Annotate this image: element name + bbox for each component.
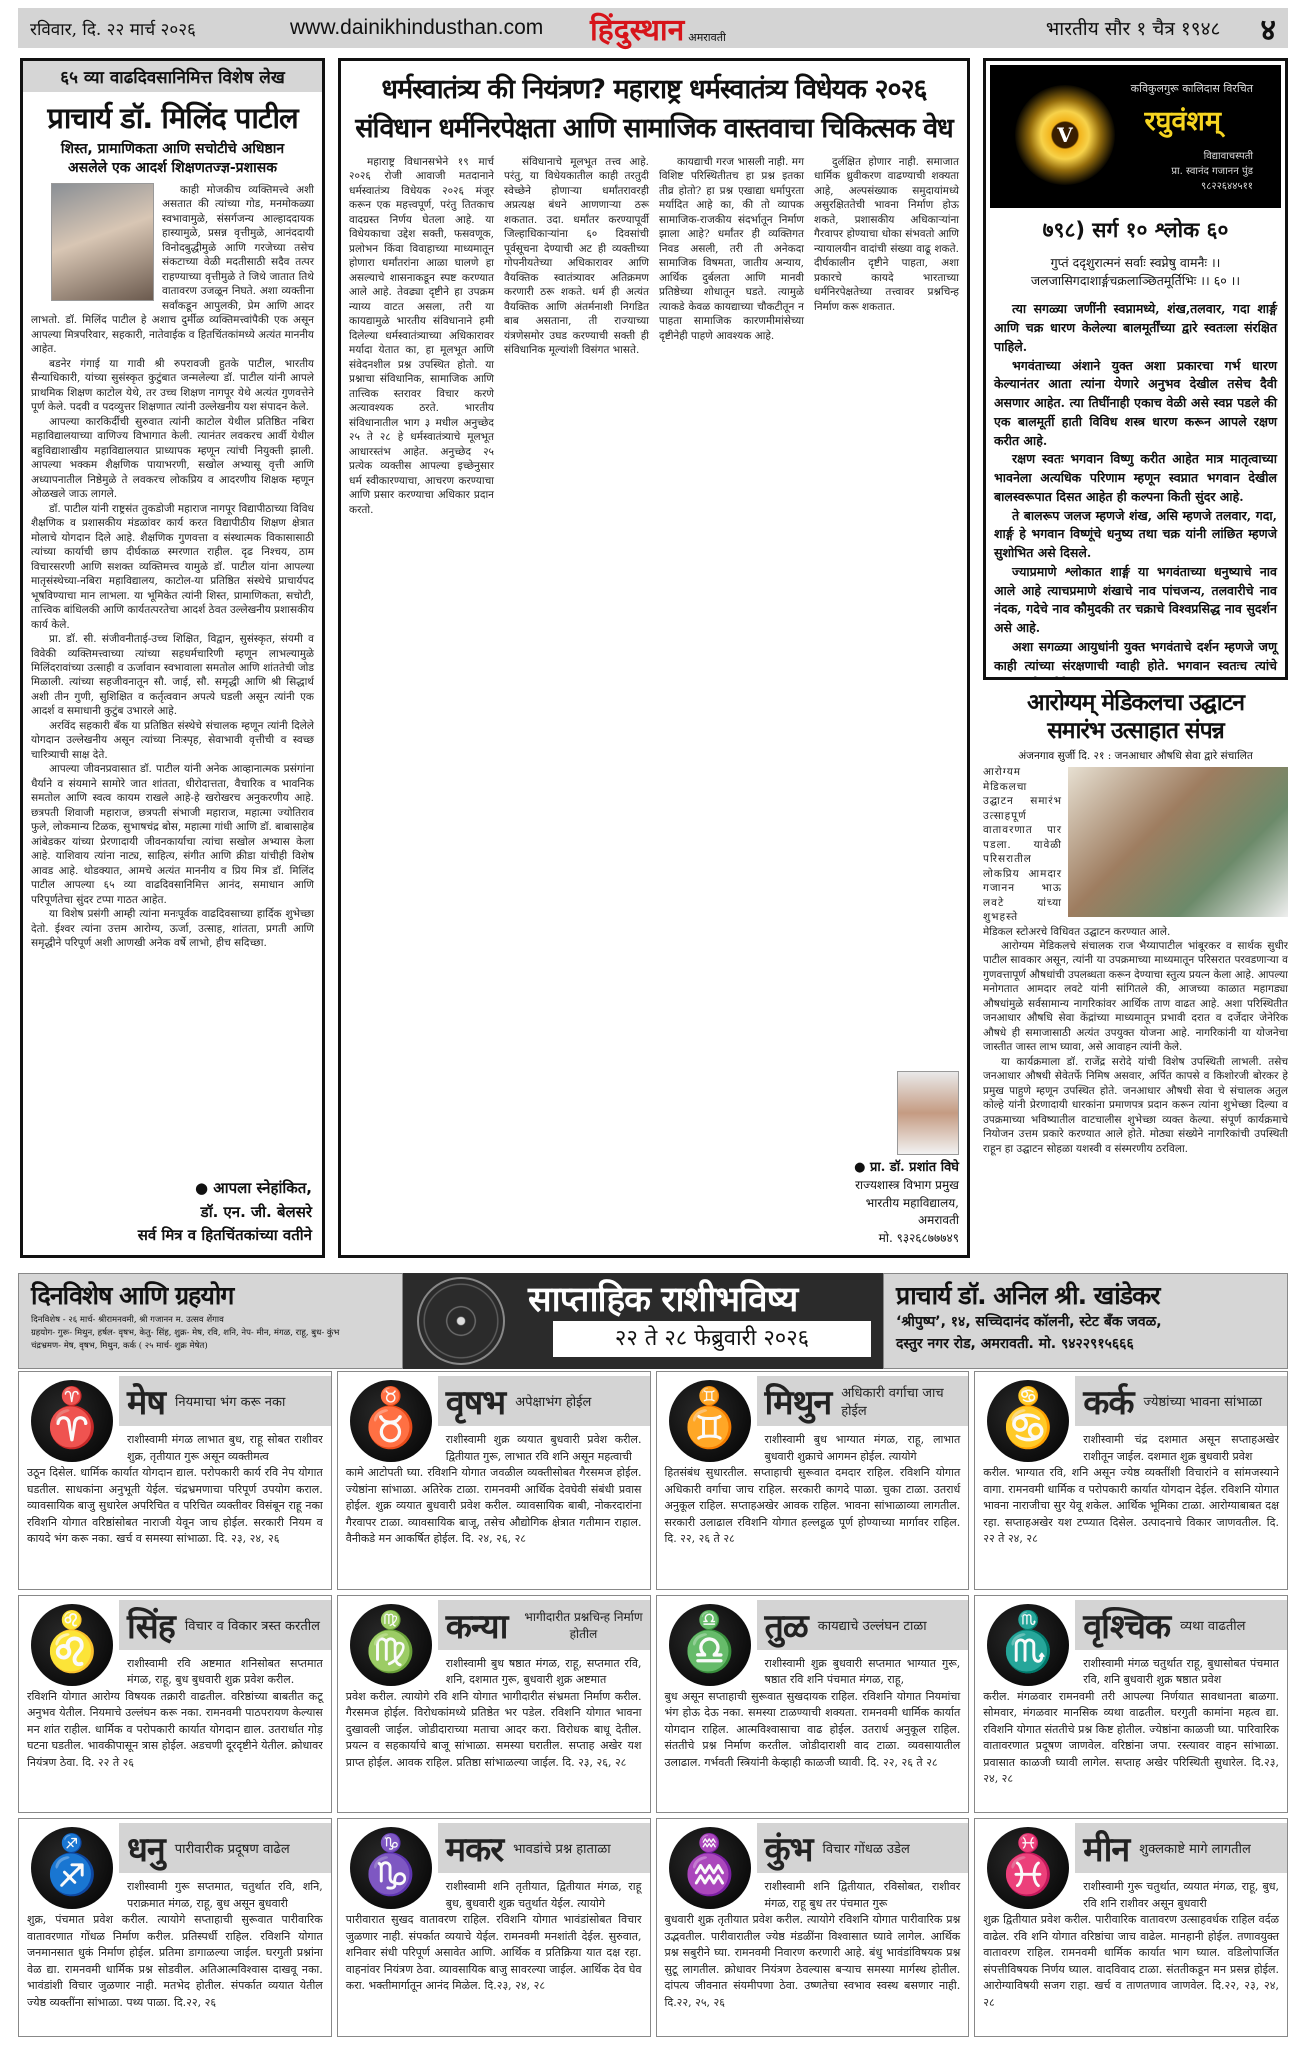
rashi-text-intro: राशीस्वामी शुक्र बुधवारी सप्तमात भाग्यात… [665, 1656, 961, 1689]
rashi-text: शुक्र, पंचमात प्रवेश करील. त्यायोगे सप्त… [27, 1913, 323, 2009]
dinvishesh-title: दिनविशेष आणि ग्रहयोग [31, 1278, 390, 1312]
rashi-text: शुक्र द्वितीयात प्रवेश करील. पारीवारिक व… [983, 1913, 1279, 2009]
rashi-text-intro: राशीस्वामी मंगळ लाभात बुध, राहू सोबत राश… [27, 1432, 323, 1465]
banner-author: प्रा. स्वानंद गजानन पुंड [1171, 164, 1253, 179]
article-paragraph: डॉ. पाटील यांनी राष्ट्रसंत तुकडोजी महारा… [31, 502, 314, 632]
news-title-2: समारंभ उत्साहात संपन्न [983, 718, 1288, 746]
author-role: राज्यशास्त्र विभाग प्रमुख [794, 1177, 959, 1194]
rashi-text-intro: राशीस्वामी रवि अष्टमात शनिसोबत सप्तमात म… [27, 1656, 323, 1689]
article-paragraph: या विशेष प्रसंगी आम्ही त्यांना मनःपूर्वक… [31, 907, 314, 950]
author-org: भारतीय महाविद्यालय, [794, 1195, 959, 1212]
article-title-line-2: संविधान धर्मनिरपेक्षता आणि सामाजिक वास्त… [341, 106, 967, 155]
rashi-text-intro: राशीस्वामी शनि द्वितीयात, रविसोबत, राशीव… [665, 1879, 961, 1912]
rashi-name: तुळ [765, 1602, 808, 1648]
article-title-line-1: धर्मस्वातंत्र्य की नियंत्रण? महाराष्ट्र … [341, 61, 967, 106]
chandra-line: चंद्रभ्रमण- मेष, वृषभ, मिथुन, कर्क ( २५ … [31, 1340, 390, 1353]
astrologer-address-1: ‘श्रीपुष्प’, १४, सच्चिदानंद कॉलनी, स्टेट… [896, 1312, 1275, 1334]
grahayog-line: ग्रहयोग- गुरू- मिथुन, हर्षल- वृषभ, केतु-… [31, 1327, 390, 1340]
rashibhavishya-dates: २२ ते २८ फेब्रुवारी २०२६ [553, 1321, 871, 1357]
article-column-3: कायद्याची गरज भासली नाही. मग विशिष्ट परि… [659, 155, 804, 517]
rashi-headline: अधिकारी वर्गाचा जाच होईल [841, 1383, 968, 1419]
rashi-card-meen: ♓♓मीनशुक्लकाष्टे मागे लागतीलराशीस्वामी ग… [974, 1818, 1288, 2037]
astrologer-address-2: दस्तुर नगर रोड, अमरावती. मो. ९४२२९१५६६६ [896, 1334, 1275, 1356]
article-kicker: ६५ व्या वाढदिवसानिमित्त विशेष लेख [23, 61, 322, 92]
rashi-headline: पारीवारीक प्रदूषण वाढेल [175, 1839, 290, 1857]
news-paragraph: या कार्यक्रमाला डॉ. राजेंद्र सरोदे यांची… [983, 1055, 1288, 1156]
rashi-text-intro: राशीस्वामी मंगळ चतुर्थात राहू, बुधासोबत … [983, 1656, 1279, 1689]
rashi-headline: विचार गोंधळ उडेल [823, 1839, 910, 1857]
article-paragraph: आपल्या कारकिर्दीची सुरुवात त्यांनी काटोल… [31, 415, 314, 502]
author-name: ● प्रा. डॉ. प्रशांत विघे [794, 1159, 959, 1178]
brand-name: हिंदुस्थान [590, 8, 684, 49]
rashi-card-kark: ♋♋कर्कज्येष्ठांच्या भावना सांभाळाराशीस्व… [974, 1371, 1288, 1590]
rashi-text: कामे आटोपती घ्या. रविशनि योगात जवळील व्य… [346, 1466, 642, 1545]
commentary-paragraph: ते बालरूप जलज म्हणजे शंख, असि म्हणजे तलव… [994, 507, 1277, 563]
rashi-text: बुधवारी शुक्र तृतीयात प्रवेश करील. त्याय… [665, 1913, 961, 2009]
dinvishesh-line: दिनविशेष - २६ मार्च- श्रीरामनवमी, श्री ग… [31, 1314, 390, 1327]
article-paragraph: अरविंद सहकारी बँक या प्रतिष्ठित संस्थेचे… [31, 719, 314, 762]
rashi-name: मकर [446, 1825, 503, 1871]
article-subtitle-2: असलेले एक आदर्श शिक्षणतज्ज्ञ-प्रशासक [23, 158, 322, 177]
issue-date: रविवार, दि. २२ मार्च २०२६ [30, 17, 290, 40]
article-column-1: महाराष्ट्र विधानसभेने १९ मार्च २०२६ रोजी… [349, 155, 494, 517]
article-column-2: संविधानाचे मूलभूत तत्त्व आहे. परंतु, या … [504, 155, 649, 517]
news-paragraph: मेडिकल स्टोअरचे विधिवत उद्घाटन करण्यात आ… [983, 925, 1288, 939]
astrologer-name: प्राचार्य डॉ. अनिल श्री. खांडेकर [896, 1278, 1275, 1312]
page-header: रविवार, दि. २२ मार्च २०२६ www.dainikhind… [18, 8, 1288, 48]
commentary-paragraph: भगवंताच्या अंशाने युक्त अशा प्रकारचा गर्… [994, 357, 1277, 451]
page-number: ४ [1260, 8, 1276, 49]
rashi-headline: विचार व विकार त्रस्त करतील [185, 1616, 320, 1634]
article-paragraph: बडनेर गंगाई या गावी श्री रुपरावजी हुतके … [31, 357, 314, 415]
rashi-text-intro: राशीस्वामी बुध षष्ठात मंगळ, राहू, सप्तमा… [346, 1656, 642, 1689]
commentary-paragraph: त्या सगळ्या जणींनी स्वप्नामध्ये, शंख,तलव… [994, 300, 1277, 356]
edition-name: अमरावती [688, 30, 726, 45]
rashi-card-sinh: ♌♌सिंहविचार व विकार त्रस्त करतीलराशीस्वा… [18, 1595, 332, 1814]
rashi-card-vrushchik: ♏♏वृश्चिकव्यथा वाढतीलराशीस्वामी मंगळ चतु… [974, 1595, 1288, 1814]
masthead-logo: हिंदुस्थानअमरावती [590, 8, 920, 49]
rashi-text: रविशनि योगात आरोग्य विषयक तक्रारी वाढतील… [27, 1690, 323, 1769]
rashi-card-vrushabh: ♉♉वृषभअपेक्षाभंग होईलराशीस्वामी शुक्र व्… [337, 1371, 651, 1590]
rashi-grid: ♈♈मेषनियमाचा भंग करू नकाराशीस्वामी मंगळ … [18, 1371, 1288, 2037]
rashi-card-mithun: ♊♊मिथुनअधिकारी वर्गाचा जाच होईलराशीस्वाम… [656, 1371, 970, 1590]
author-photo [897, 1071, 959, 1155]
rashi-text-intro: राशीस्वामी शनि तृतीयात, द्वितीयात मंगळ, … [346, 1879, 642, 1912]
zodiac-wheel-icon [417, 1277, 505, 1365]
inauguration-photo [1068, 767, 1288, 917]
sun-icon: V [1015, 85, 1115, 185]
rashi-text: हितसंबंध सुधारतील. सप्ताहाची सुरूवात दमद… [665, 1466, 961, 1545]
author-city: अमरावती [794, 1212, 959, 1229]
rashi-name: कर्क [1083, 1378, 1133, 1424]
rashi-name: सिंह [127, 1602, 175, 1648]
banner-author-title: विद्यावाचस्पती [1171, 149, 1253, 164]
medical-inauguration-news: आरोग्यम् मेडिकलचा उद्घाटन समारंभ उत्साहा… [983, 690, 1288, 1260]
banner-phone: ९८२२६४४५११ [1171, 179, 1253, 194]
rashi-card-makar: ♑♑मकरभावडांचे प्रश्न हाताळाराशीस्वामी शन… [337, 1818, 651, 2037]
article-column-4: दुर्लक्षित होणार नाही. समाजात धार्मिक ध्… [814, 155, 959, 517]
article-paragraph: प्रा. डॉ. सी. संजीवनीताई-उच्च शिक्षित, व… [31, 632, 314, 719]
banner-kicker: कविकुलगुरू कालिदास विरचित [1131, 81, 1253, 96]
rashi-text: उठून दिसेल. धार्मिक कार्यात योगदान द्याल… [27, 1466, 323, 1545]
rashi-text: करील. मंगळवार रामनवमी तरी आपल्या निर्णया… [983, 1690, 1279, 1786]
shloka-heading: ७९८) सर्ग १० श्लोक ६० [986, 212, 1285, 254]
rashi-name: कन्या [446, 1602, 508, 1648]
rashi-text-intro: राशीस्वामी शुक्र व्ययात बुधवारी प्रवेश क… [346, 1432, 642, 1465]
article-subtitle-1: शिस्त, प्रामाणिकता आणि सचोटीचे अधिष्ठान [23, 139, 322, 158]
news-title-1: आरोग्यम् मेडिकलचा उद्घाटन [983, 690, 1288, 718]
rashi-headline: भावडांचे प्रश्न हाताळा [513, 1839, 610, 1857]
rashi-card-kanya: ♍♍कन्याभागीदारीत प्रश्नचिन्ह निर्माण होत… [337, 1595, 651, 1814]
rashi-name: धनु [127, 1825, 165, 1871]
rashi-headline: शुक्लकाष्टे मागे लागतील [1139, 1839, 1251, 1857]
dinvishesh-box: दिनविशेष आणि ग्रहयोग दिनविशेष - २६ मार्च… [18, 1273, 403, 1369]
rashi-card-mesh: ♈♈मेषनियमाचा भंग करू नकाराशीस्वामी मंगळ … [18, 1371, 332, 1590]
horoscope-header-band: दिनविशेष आणि ग्रहयोग दिनविशेष - २६ मार्च… [18, 1273, 1288, 1369]
rashi-headline: अपेक्षाभंग होईल [515, 1392, 591, 1410]
news-paragraph: आरोग्यम मेडिकलचे संचालक राज भैय्यापाटील … [983, 939, 1288, 1055]
birthday-article: ६५ व्या वाढदिवसानिमित्त विशेष लेख प्राचा… [20, 58, 325, 1258]
rashi-text: करील. भाग्यात रवि, शनि असून ज्येष्ठ व्यक… [983, 1466, 1279, 1545]
signoff-group: सर्व मित्र व हितचिंतकांच्या वतीने [138, 1224, 312, 1247]
rashi-text: पारीवारात सुखद वातावरण राहिल. रविशनि योग… [346, 1913, 642, 1992]
rashi-name: वृश्चिक [1083, 1602, 1170, 1648]
rashi-text-intro: राशीस्वामी गुरू सप्तमात, चतुर्थात रवि, श… [27, 1879, 323, 1912]
article-title: प्राचार्य डॉ. मिलिंद पाटील [23, 92, 322, 139]
rashibhavishya-title: साप्ताहिक राशीभविष्य [528, 1275, 797, 1322]
article-paragraph: आपल्या जीवनप्रवासात डॉ. पाटील यांनी अनेक… [31, 762, 314, 907]
rashi-text: बुध असून सप्ताहाची सुरूवात सुखदायक राहिल… [665, 1690, 961, 1769]
commentary-paragraph: ज्याप्रमाणे श्लोकात शार्ङ्ग या भगवंताच्य… [994, 563, 1277, 638]
commentary-paragraph: रक्षण स्वतः भगवान विष्णु करीत आहेत मात्र… [994, 450, 1277, 506]
rashi-text-intro: राशीस्वामी बुध भाग्यात मंगळ, राहू, लाभात… [665, 1432, 961, 1465]
rashi-name: मेष [127, 1378, 165, 1424]
astrologer-box: प्राचार्य डॉ. अनिल श्री. खांडेकर ‘श्रीपु… [883, 1273, 1288, 1369]
saka-date: भारतीय सौर १ चैत्र १९४८ [1046, 15, 1220, 41]
rashi-text-intro: राशीस्वामी चंद्र दशमात असून सप्ताहअखेर र… [983, 1432, 1279, 1465]
news-dateline: अंजनगाव सुर्जी दि. २१ : जनआधार औषधि सेवा… [983, 749, 1288, 763]
rashi-card-dhanu: ♐♐धनुपारीवारीक प्रदूषण वाढेलराशीस्वामी ग… [18, 1818, 332, 2037]
rashi-card-tul: ♎♎तुळकायद्याचे उल्लंघन टाळाराशीस्वामी शु… [656, 1595, 970, 1814]
rashi-headline: ज्येष्ठांच्या भावना सांभाळा [1143, 1392, 1262, 1410]
rashi-headline: कायद्याचे उल्लंघन टाळा [818, 1616, 927, 1634]
verse-line-1: गुप्तं ददृशुरात्मनं सर्वाः स्वप्नेषु वाम… [986, 254, 1285, 272]
website-link[interactable]: www.dainikhindusthan.com [290, 16, 590, 40]
signoff-line: ● आपला स्नेहांकित, [138, 1177, 312, 1200]
portrait-photo [51, 183, 154, 301]
rashi-card-kumbh: ♒♒कुंभविचार गोंधळ उडेलराशीस्वामी शनि द्व… [656, 1818, 970, 2037]
rashi-headline: नियमाचा भंग करू नका [175, 1392, 285, 1410]
banner-title: रघुवंशम् [1144, 101, 1221, 138]
rashi-text-intro: राशीस्वामी गुरू चतुर्थात, व्ययात मंगळ, र… [983, 1879, 1279, 1912]
rashibhavishya-box: साप्ताहिक राशीभविष्य २२ ते २८ फेब्रुवारी… [403, 1273, 883, 1369]
rashi-headline: भागीदारीत प्रश्नचिन्ह निर्माण होतील [517, 1608, 649, 1642]
rashi-headline: व्यथा वाढतील [1180, 1616, 1245, 1634]
rashi-text: प्रवेश करील. त्यायोगे रवि शनि योगात भागी… [346, 1690, 642, 1769]
signoff-author: डॉ. एन. जी. बेलसरे [138, 1201, 312, 1224]
verse-line-2: जलजासिगदाशार्ङ्गचक्रलाञ्छितमूर्तिभिः ।। … [986, 272, 1285, 290]
author-phone: मो. ९३२६८७७७४९ [794, 1230, 959, 1247]
rashi-name: कुंभ [765, 1825, 813, 1871]
religion-bill-article: धर्मस्वातंत्र्य की नियंत्रण? महाराष्ट्र … [338, 58, 970, 1258]
raghuvansham-column: V कविकुलगुरू कालिदास विरचित रघुवंशम् विद… [983, 58, 1288, 680]
rashi-name: वृषभ [446, 1378, 505, 1424]
rashi-name: मिथुन [765, 1378, 832, 1424]
commentary-paragraph: अशा सगळ्या आयुधांनी युक्त भगवंताचे दर्शन… [994, 638, 1277, 680]
rashi-name: मीन [1083, 1825, 1129, 1871]
raghuvansham-banner: V कविकुलगुरू कालिदास विरचित रघुवंशम् विद… [990, 65, 1281, 208]
